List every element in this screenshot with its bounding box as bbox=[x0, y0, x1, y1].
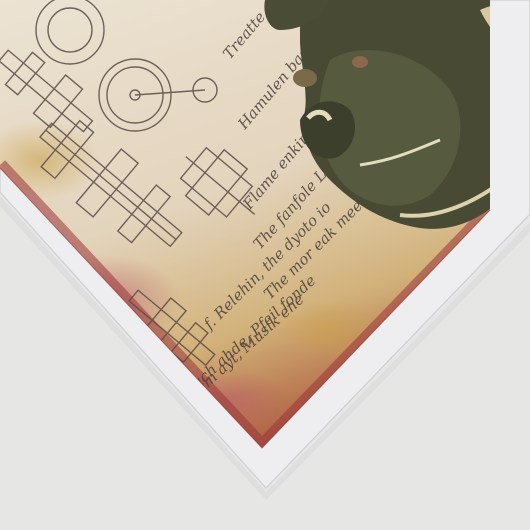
paper-corner-illustration: Wanti, them ayt, Musik ene paluch ahde, … bbox=[0, 0, 530, 530]
photo-scene: Wanti, them ayt, Musik ene paluch ahde, … bbox=[0, 0, 530, 530]
